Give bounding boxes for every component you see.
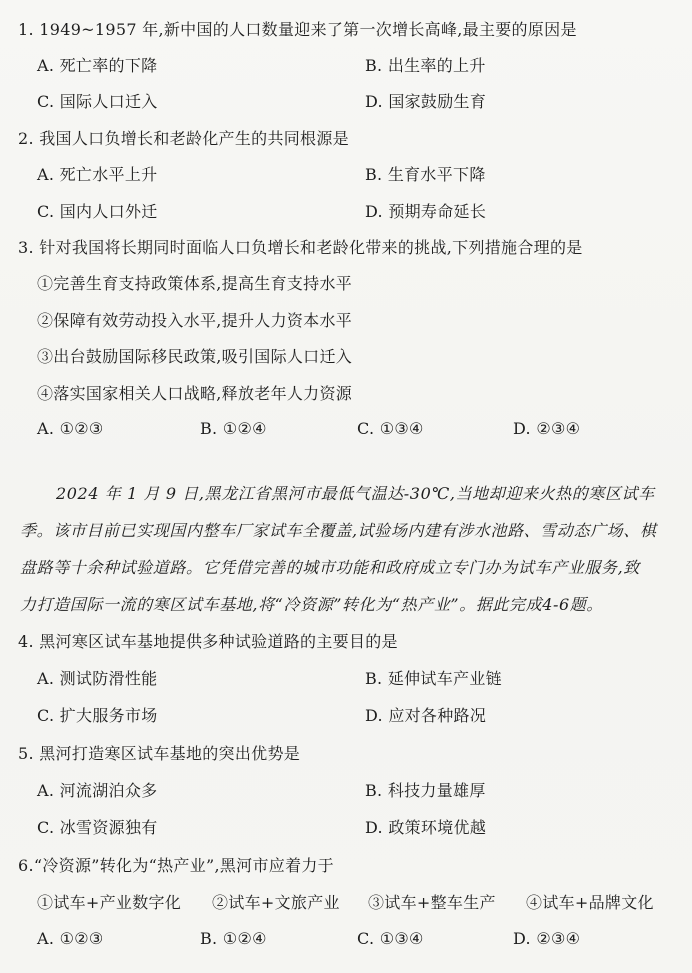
question-4-option-b: B. 延伸试车产业链 — [365, 666, 674, 689]
question-5-option-d: D. 政策环境优越 — [365, 815, 674, 838]
question-4-options-cd: C. 扩大服务市场 D. 应对各种路况 — [37, 696, 674, 733]
exam-page: 1. 1949~1957 年,新中国的人口数量迎来了第一次增长高峰,最主要的原因… — [0, 0, 692, 973]
question-1-option-d: D. 国家鼓励生育 — [365, 89, 674, 112]
reading-passage: 2024 年 1 月 9 日,黑龙江省黑河市最低气温达-30℃,当地却迎来火热的… — [20, 474, 674, 622]
question-3-subitem-3: ③出台鼓励国际移民政策,吸引国际人口迁入 — [37, 338, 674, 374]
question-4-option-a: A. 测试防滑性能 — [37, 666, 365, 689]
question-6-subitem-2: ②试车+文旅产业 — [212, 890, 368, 913]
question-5-option-a: A. 河流湖泊众多 — [37, 778, 365, 801]
question-6: 6.“冷资源”转化为“热产业”,黑河市应着力于 ①试车+产业数字化 ②试车+文旅… — [18, 845, 674, 957]
question-1-stem: 1. 1949~1957 年,新中国的人口数量迎来了第一次增长高峰,最主要的原因… — [18, 10, 674, 46]
question-3: 3. 针对我国将长期同时面临人口负增长和老龄化带来的挑战,下列措施合理的是 ①完… — [18, 228, 674, 446]
question-1-options-cd: C. 国际人口迁入 D. 国家鼓励生育 — [37, 83, 674, 119]
question-6-answer-c: C. ①③④ — [357, 929, 513, 948]
question-4-stem: 4. 黑河寒区试车基地提供多种试验道路的主要目的是 — [18, 622, 674, 659]
question-2-option-a: A. 死亡水平上升 — [37, 162, 365, 185]
question-3-answer-row: A. ①②③ B. ①②④ C. ①③④ D. ②③④ — [37, 410, 674, 446]
passage-line-4: 力打造国际一流的寒区试车基地,将“冷资源”转化为“热产业”。据此完成4-6题。 — [20, 585, 674, 622]
question-3-subitem-1: ①完善生育支持政策体系,提高生育支持水平 — [37, 265, 674, 301]
question-1-option-b: B. 出生率的上升 — [365, 53, 674, 76]
question-1: 1. 1949~1957 年,新中国的人口数量迎来了第一次增长高峰,最主要的原因… — [18, 10, 674, 119]
question-2: 2. 我国人口负增长和老龄化产生的共同根源是 A. 死亡水平上升 B. 生育水平… — [18, 119, 674, 228]
question-6-answer-row: A. ①②③ B. ①②④ C. ①③④ D. ②③④ — [37, 920, 674, 957]
question-4-option-d: D. 应对各种路况 — [365, 703, 674, 726]
question-6-stem: 6.“冷资源”转化为“热产业”,黑河市应着力于 — [18, 845, 674, 882]
question-4: 4. 黑河寒区试车基地提供多种试验道路的主要目的是 A. 测试防滑性能 B. 延… — [18, 622, 674, 734]
question-3-subitem-4: ④落实国家相关人口战略,释放老年人力资源 — [37, 374, 674, 410]
question-block-4-6: 4. 黑河寒区试车基地提供多种试验道路的主要目的是 A. 测试防滑性能 B. 延… — [18, 622, 674, 958]
passage-line-1: 2024 年 1 月 9 日,黑龙江省黑河市最低气温达-30℃,当地却迎来火热的… — [20, 474, 674, 511]
passage-line-3: 盘路等十余种试验道路。它凭借完善的城市功能和政府成立专门办为试车产业服务,致 — [20, 548, 674, 585]
question-3-subitem-2: ②保障有效劳动投入水平,提升人力资本水平 — [37, 301, 674, 337]
question-4-options-ab: A. 测试防滑性能 B. 延伸试车产业链 — [37, 659, 674, 696]
question-5-options-cd: C. 冰雪资源独有 D. 政策环境优越 — [37, 808, 674, 845]
question-2-options-ab: A. 死亡水平上升 B. 生育水平下降 — [37, 156, 674, 192]
question-6-answer-d: D. ②③④ — [513, 929, 674, 948]
question-3-answer-b: B. ①②④ — [200, 419, 357, 438]
question-6-subitem-4: ④试车+品牌文化 — [526, 890, 674, 913]
question-6-answer-b: B. ①②④ — [200, 929, 357, 948]
question-2-option-d: D. 预期寿命延长 — [365, 199, 674, 222]
question-3-answer-c: C. ①③④ — [357, 419, 513, 438]
question-4-option-c: C. 扩大服务市场 — [37, 703, 365, 726]
question-5-option-c: C. 冰雪资源独有 — [37, 815, 365, 838]
question-1-options-ab: A. 死亡率的下降 B. 出生率的上升 — [37, 46, 674, 82]
question-5-option-b: B. 科技力量雄厚 — [365, 778, 674, 801]
question-2-stem: 2. 我国人口负增长和老龄化产生的共同根源是 — [18, 119, 674, 155]
question-2-option-c: C. 国内人口外迁 — [37, 199, 365, 222]
question-2-option-b: B. 生育水平下降 — [365, 162, 674, 185]
question-1-option-a: A. 死亡率的下降 — [37, 53, 365, 76]
question-6-answer-a: A. ①②③ — [37, 929, 200, 948]
question-5-options-ab: A. 河流湖泊众多 B. 科技力量雄厚 — [37, 771, 674, 808]
question-6-subitem-3: ③试车+整车生产 — [368, 890, 526, 913]
question-3-answer-d: D. ②③④ — [513, 419, 674, 438]
passage-line-2: 季。该市目前已实现国内整车厂家试车全覆盖,试验场内建有涉水池路、雪动态广场、棋 — [20, 511, 674, 548]
question-2-options-cd: C. 国内人口外迁 D. 预期寿命延长 — [37, 192, 674, 228]
question-5-stem: 5. 黑河打造寒区试车基地的突出优势是 — [18, 734, 674, 771]
question-1-option-c: C. 国际人口迁入 — [37, 89, 365, 112]
question-3-answer-a: A. ①②③ — [37, 419, 200, 438]
question-6-subitem-row: ①试车+产业数字化 ②试车+文旅产业 ③试车+整车生产 ④试车+品牌文化 — [37, 883, 674, 920]
question-5: 5. 黑河打造寒区试车基地的突出优势是 A. 河流湖泊众多 B. 科技力量雄厚 … — [18, 734, 674, 846]
question-6-subitem-1: ①试车+产业数字化 — [37, 890, 212, 913]
question-3-stem: 3. 针对我国将长期同时面临人口负增长和老龄化带来的挑战,下列措施合理的是 — [18, 228, 674, 264]
